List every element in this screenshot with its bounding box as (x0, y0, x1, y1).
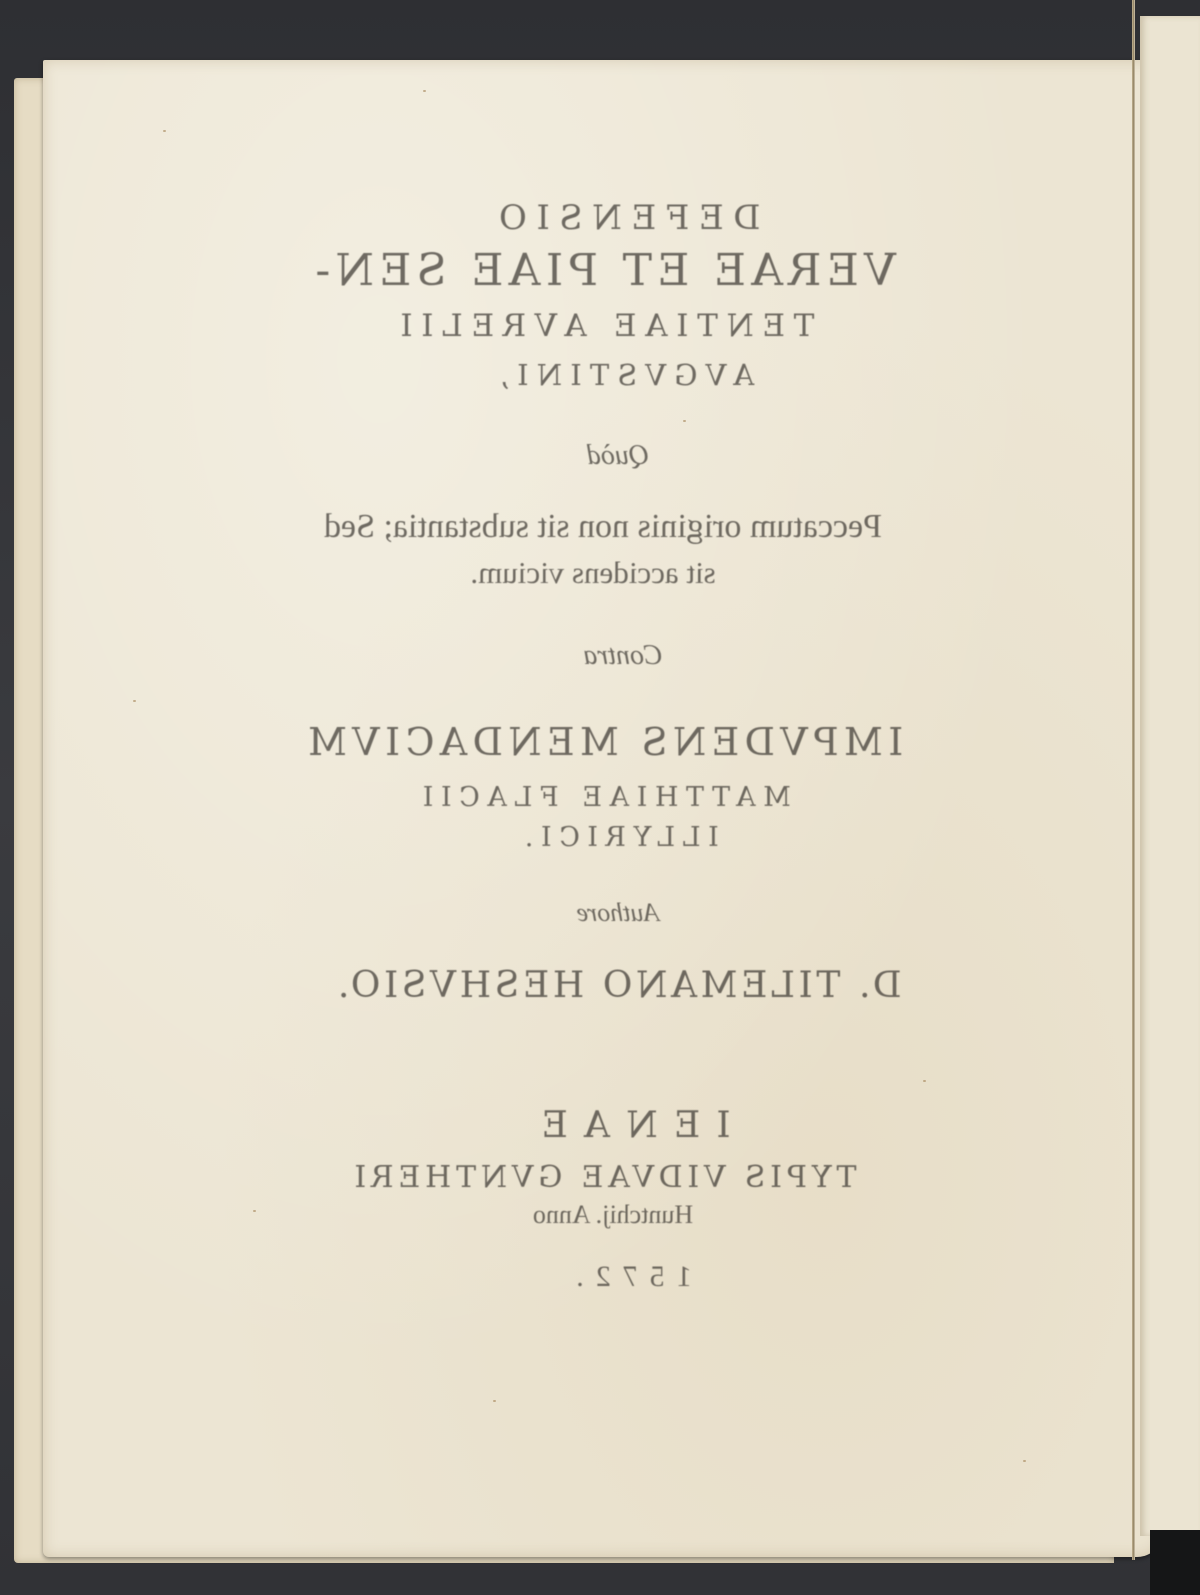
right-page-edge (1140, 16, 1200, 1536)
line-peccatum: Peccatum originis non sit substantia; Se… (43, 508, 1163, 546)
line-accidens: sit accidens vicium. (33, 555, 1153, 591)
line-year: 1572. (68, 1260, 1188, 1294)
line-contra: Contra (63, 640, 1183, 672)
line-anno: Huntchij. Anno (53, 1200, 1173, 1230)
line-ienae: IENAE (68, 1105, 1188, 1146)
line-author-name: D. TILEMANO HESHVSIO. (58, 965, 1178, 1006)
line-impudens: IMPVDENS MENDACIVM (43, 720, 1163, 764)
title-line-tentiae: TENTIAE AVRELII (43, 308, 1163, 344)
right-page-shadow (1150, 1530, 1200, 1595)
line-authore: Authore (58, 898, 1178, 928)
line-illyrici: ILLYRICI. (58, 822, 1178, 853)
line-typis: TYPIS VIDVAE GVNTHERI (43, 1160, 1163, 1195)
line-flacii: MATTHIAE FLACII (43, 782, 1163, 813)
line-quod: Quòd (58, 440, 1178, 472)
title-line-verae: VERAE ET PIAE SEN- (43, 245, 1163, 296)
title-line-defensio: DEFENSIO (65, 198, 1185, 238)
title-line-avgustini: AVGVSTINI, (63, 358, 1183, 392)
